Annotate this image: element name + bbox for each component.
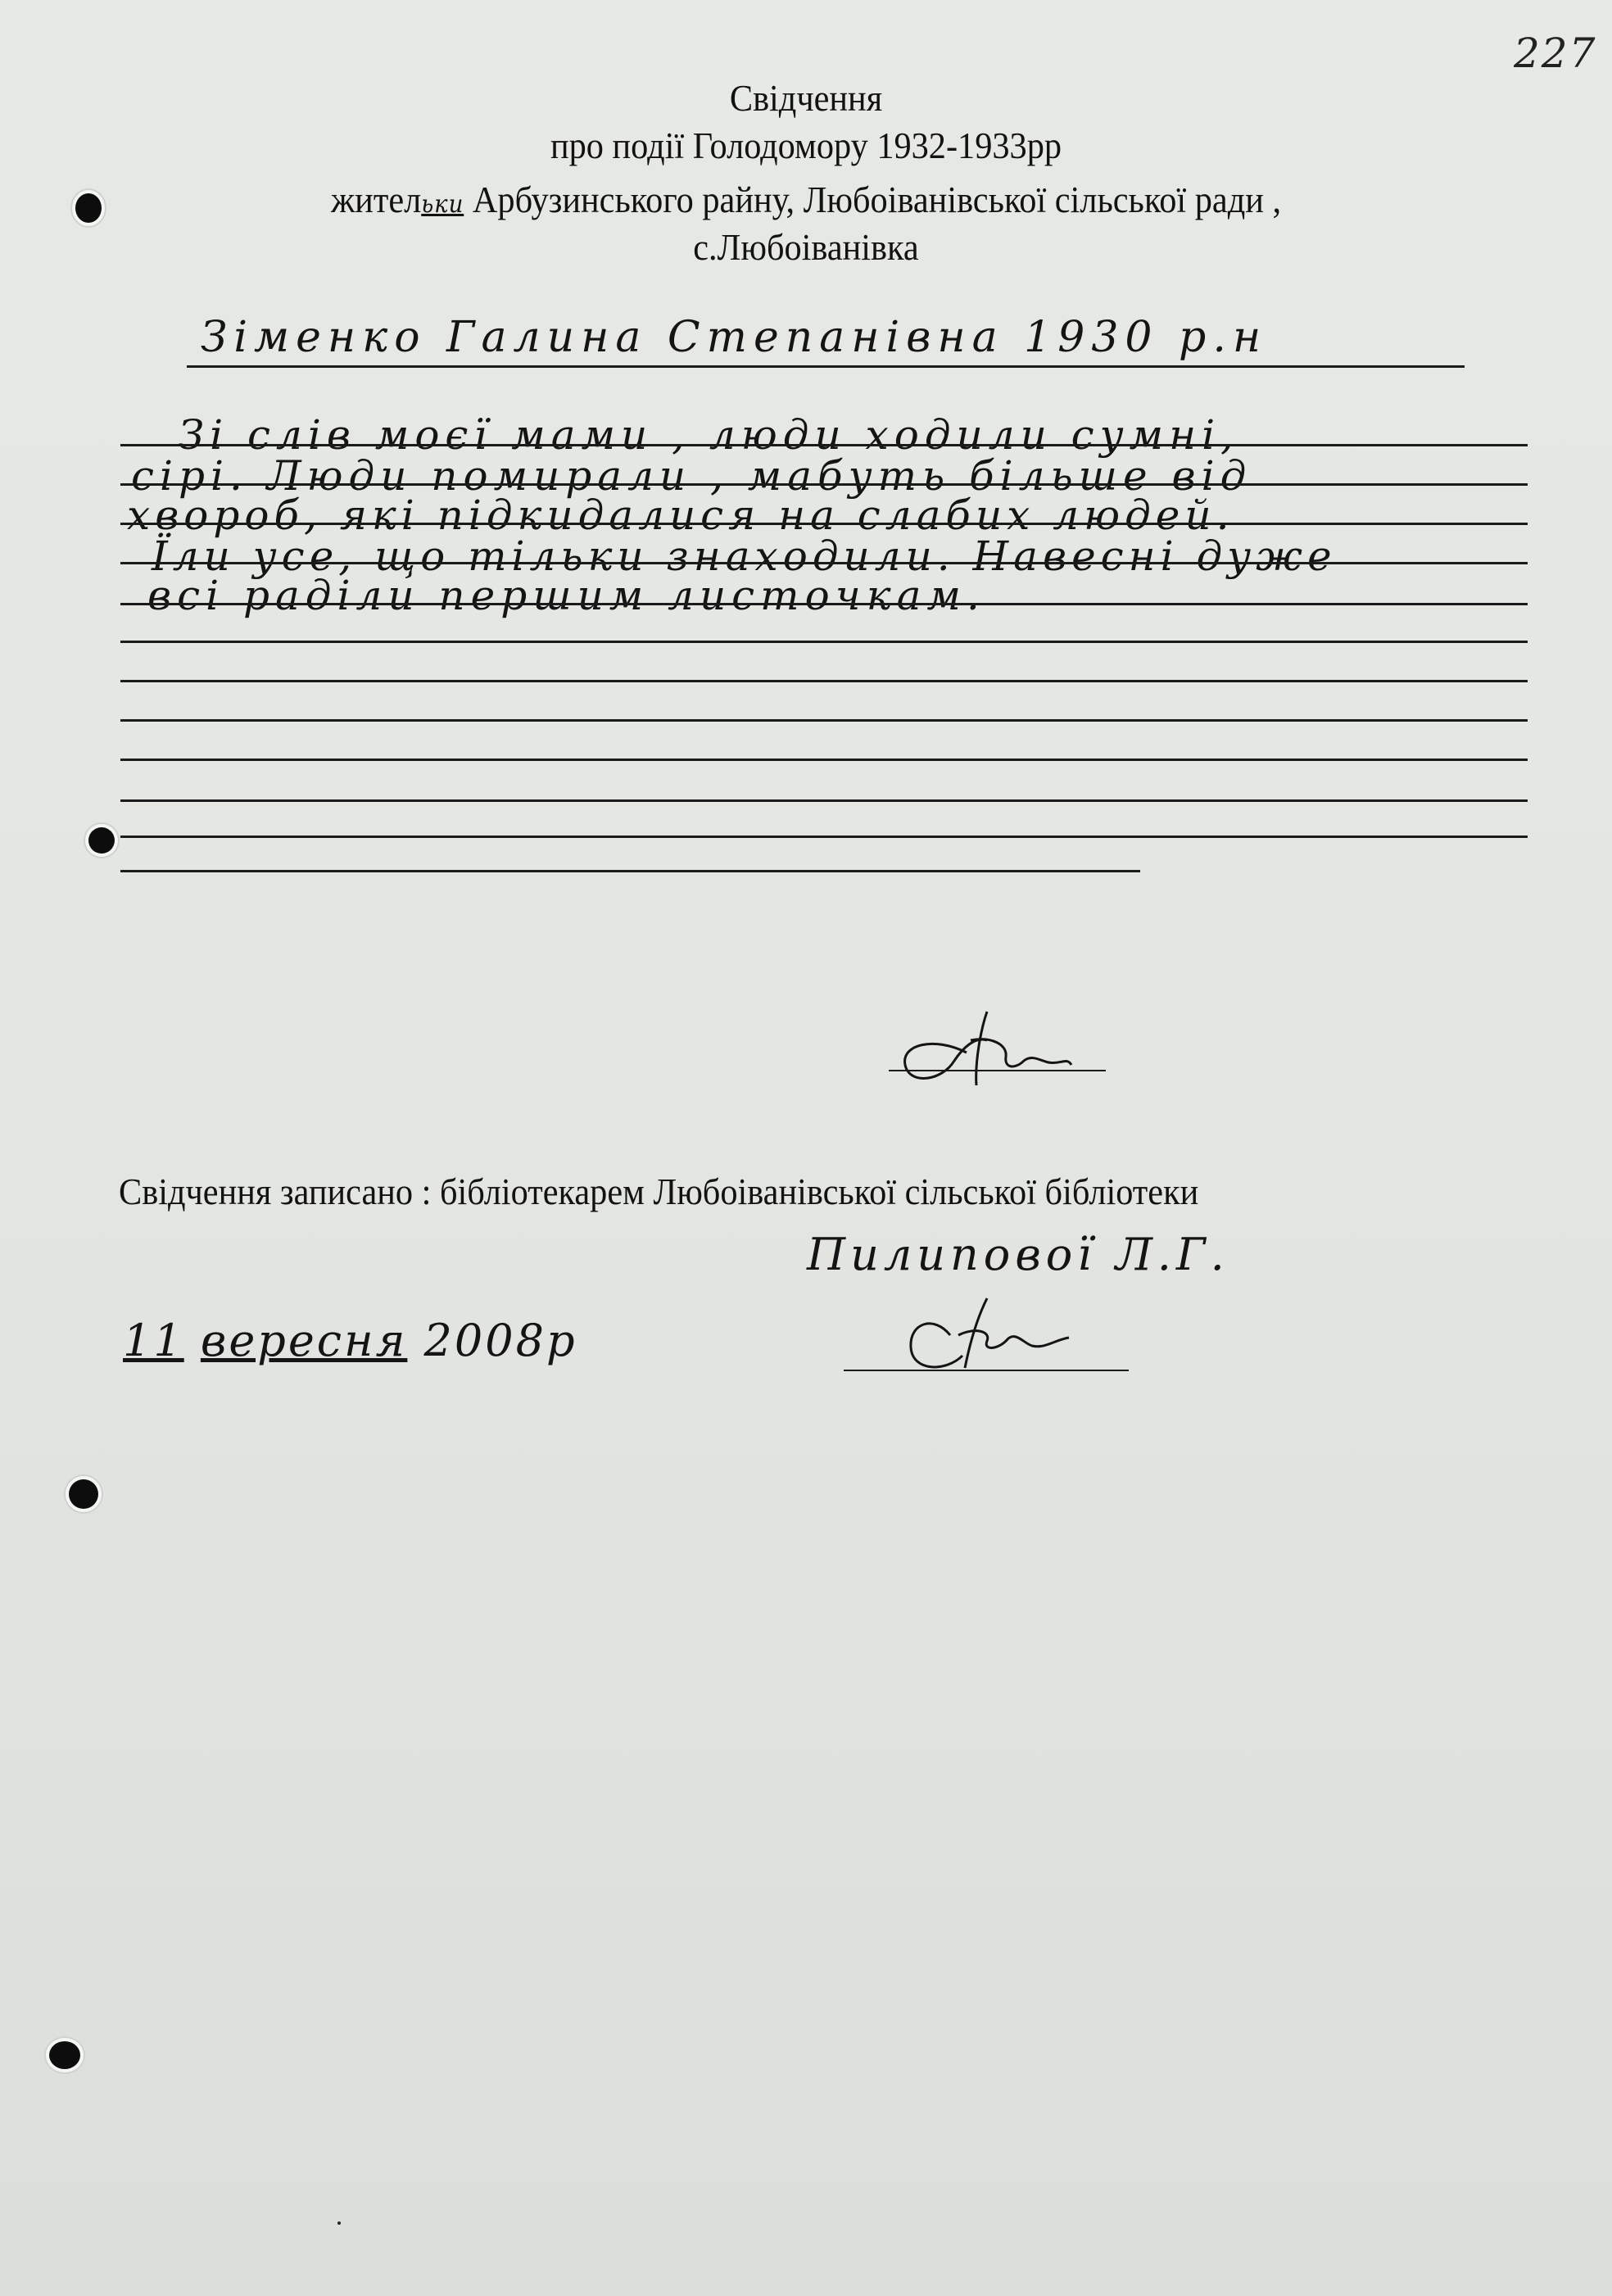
punch-hole-4: [49, 2041, 80, 2069]
signature-icon: [885, 1003, 1114, 1094]
testimony-rule-5: [120, 603, 1528, 605]
testimony-rule-7: [120, 680, 1528, 682]
witness-name-rule: [187, 365, 1465, 368]
document-title: Свідчення: [65, 75, 1548, 121]
residence-line: жительки Арбузинського райну, Любоіванів…: [65, 177, 1548, 228]
document-subtitle: про події Голодомору 1932-1933рр: [65, 123, 1548, 169]
village-name: с.Любоіванівка: [65, 224, 1548, 270]
testimony-line-5: всі раділи першим листочкам.: [147, 572, 985, 619]
testimony-rule-11: [120, 836, 1528, 838]
testimony-rule-4: [120, 562, 1528, 564]
testimony-rule-9: [120, 759, 1528, 761]
librarian-signature: [901, 1290, 1098, 1380]
testimony-rule-3: [120, 523, 1528, 525]
residence-rest: Арбузинського райну, Любоіванівської сіл…: [464, 179, 1281, 220]
testimony-rule-1: [120, 444, 1528, 446]
page-number: 227: [1514, 29, 1596, 77]
testimony-rule-6: [120, 641, 1528, 643]
record-date: 11 вересня 2008р: [123, 1315, 577, 1366]
paper-speck: [337, 2221, 341, 2225]
testimony-rule-8: [120, 719, 1528, 722]
librarian-signature-rule: [844, 1370, 1129, 1371]
testimony-rule-12: [120, 870, 1140, 872]
librarian-name: Пилипової Л.Г.: [807, 1229, 1229, 1280]
testimony-rule-2: [120, 483, 1528, 486]
testimony-rule-10: [120, 799, 1528, 802]
document-page: 227 Свідчення про події Голодомору 1932-…: [0, 0, 1612, 2296]
residence-handwritten-suffix: ьки: [421, 190, 464, 219]
witness-signature: [885, 1003, 1114, 1094]
residence-prefix: жител: [331, 179, 421, 220]
signature-icon: [901, 1290, 1098, 1380]
date-day: 11: [123, 1315, 184, 1366]
witness-signature-rule: [889, 1070, 1106, 1071]
date-month: вересня: [201, 1315, 407, 1366]
recorded-by-label: Свідчення записано : бібліотекарем Любоі…: [119, 1170, 1198, 1213]
punch-hole-3: [69, 1479, 98, 1509]
witness-name: Зіменко Галина Степанівна 1930 р.н: [201, 313, 1267, 362]
date-year: 2008р: [424, 1315, 577, 1366]
punch-hole-2: [88, 827, 115, 854]
